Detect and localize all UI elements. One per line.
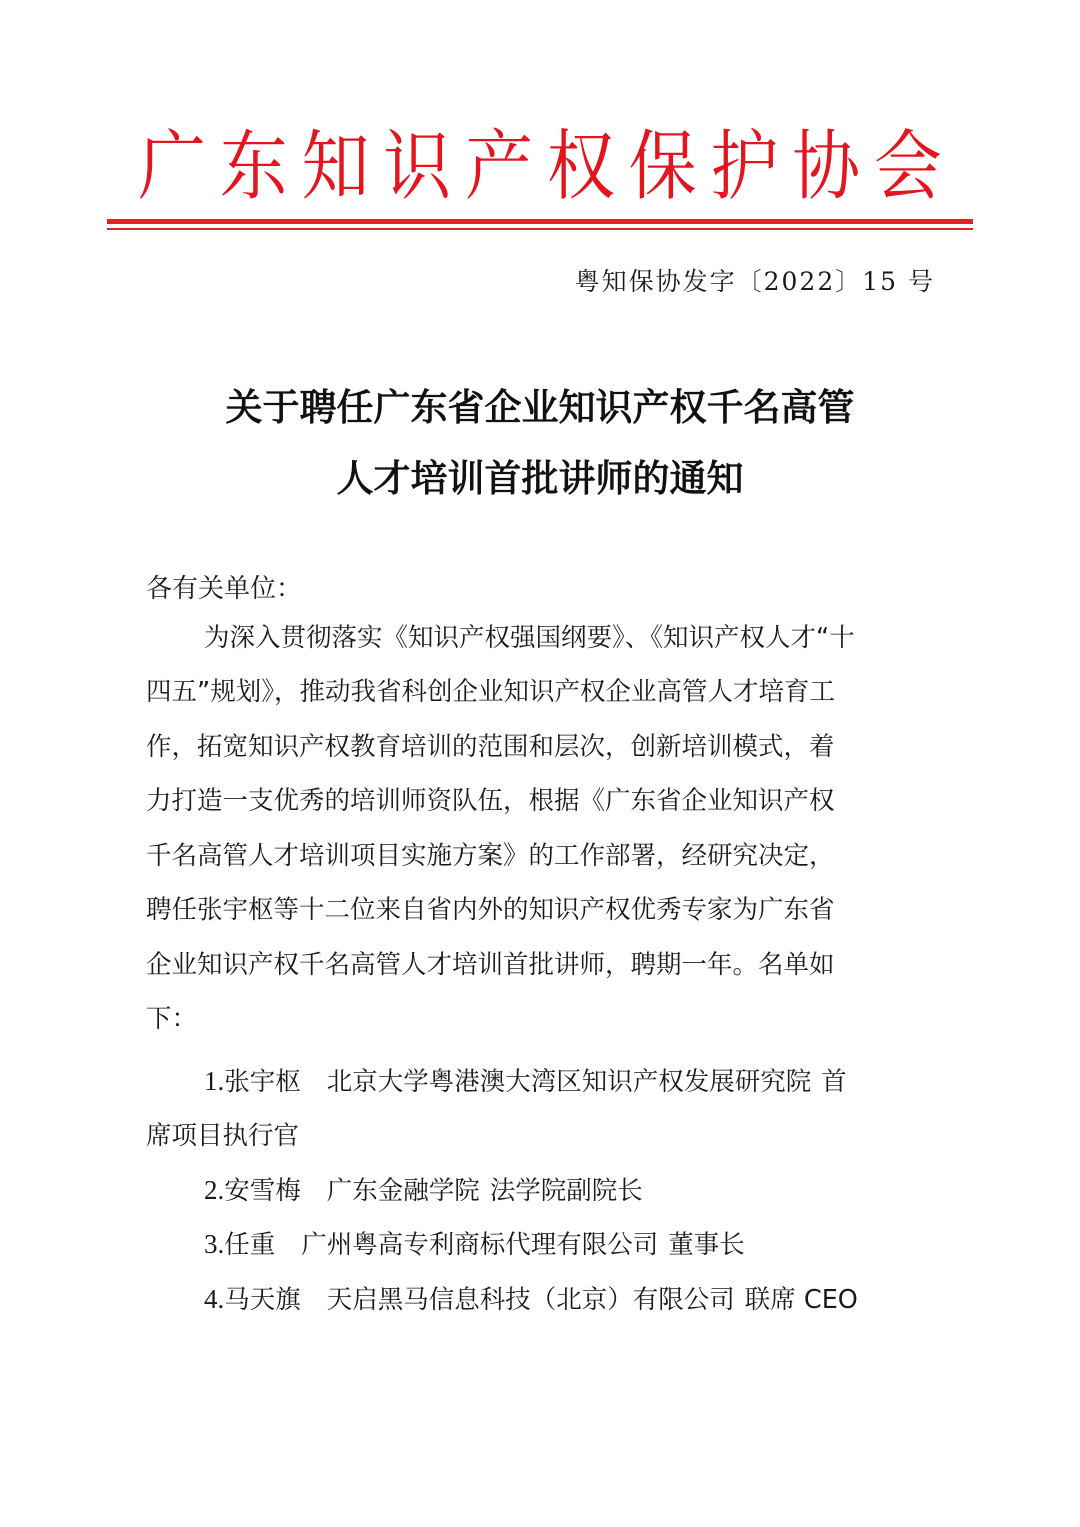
letterhead-divider-thin: [107, 228, 973, 230]
letterhead-char: 会: [874, 130, 942, 206]
paragraph-line-text: 千名高管人才培训项目实施方案》的工作部署，经研究决定，: [146, 836, 835, 872]
lecturer-item-1-continued: 席项目执行官: [146, 1116, 299, 1152]
paragraph-line-text: 下：: [146, 999, 197, 1035]
paragraph-line: 千名高管人才培训项目实施方案》的工作部署，经研究决定，: [146, 836, 936, 872]
paragraph-line-text: 为深入贯彻落实《知识产权强国纲要》、《知识产权人才“十: [204, 618, 855, 654]
letterhead-org-name: 广 东 知 识 产 权 保 护 协 会: [108, 118, 972, 218]
lecturer-number: 4.: [204, 1284, 224, 1314]
lecturer-item-4: 4.马天旗天启黑马信息科技（北京）有限公司联席 CEO: [204, 1280, 858, 1316]
lecturer-name: 安雪梅: [224, 1176, 301, 1206]
lecturer-title: 联席 CEO: [745, 1285, 858, 1315]
lecturer-org: 北京大学粤港澳大湾区知识产权发展研究院: [327, 1067, 812, 1097]
lecturer-number: 2.: [204, 1175, 224, 1205]
letterhead-char: 产: [465, 130, 533, 206]
lecturer-title: 首: [821, 1067, 847, 1097]
lecturer-title: 席项目执行官: [146, 1121, 299, 1151]
lecturer-item-3: 3.任重广州粤高专利商标代理有限公司董事长: [204, 1225, 745, 1261]
paragraph-line-text: 企业知识产权千名高管人才培训首批讲师，聘期一年。名单如: [146, 945, 835, 981]
lecturer-title: 法学院副院长: [490, 1176, 643, 1206]
paragraph-line: 聘任张宇枢等十二位来自省内外的知识产权优秀专家为广东省: [146, 890, 936, 926]
lecturer-title: 董事长: [668, 1230, 745, 1260]
lecturer-org: 广东金融学院: [327, 1176, 480, 1206]
paragraph-line-text: 聘任张宇枢等十二位来自省内外的知识产权优秀专家为广东省: [146, 890, 835, 926]
letterhead-char: 知: [302, 130, 370, 206]
letterhead-char: 东: [220, 130, 288, 206]
document-title-line-2: 人才培训首批讲师的通知: [0, 448, 1080, 502]
letterhead-char: 保: [629, 130, 697, 206]
lecturer-name: 张宇枢: [224, 1067, 301, 1097]
lecturer-item-1: 1.张宇枢北京大学粤港澳大湾区知识产权发展研究院首: [204, 1062, 847, 1098]
paragraph-line: 为深入贯彻落实《知识产权强国纲要》、《知识产权人才“十: [204, 618, 936, 654]
paragraph-line-text: 作，拓宽知识产权教育培训的范围和层次，创新培训模式，着: [146, 727, 835, 763]
document-number: 粤知保协发字〔2022〕15 号: [575, 262, 935, 298]
letterhead-char: 识: [383, 130, 451, 206]
letterhead-char: 护: [710, 130, 778, 206]
lecturer-name: 马天旗: [224, 1285, 301, 1315]
letterhead-char: 广: [138, 130, 206, 206]
paragraph-line-text: 力打造一支优秀的培训师资队伍，根据《广东省企业知识产权: [146, 781, 835, 817]
paragraph-line: 力打造一支优秀的培训师资队伍，根据《广东省企业知识产权: [146, 781, 936, 817]
paragraph-line-text: 四五”规划》，推动我省科创企业知识产权企业高管人才培育工: [146, 672, 835, 708]
paragraph-line: 企业知识产权千名高管人才培训首批讲师，聘期一年。名单如: [146, 945, 936, 981]
salutation: 各有关单位：: [146, 562, 936, 617]
letterhead-char: 协: [792, 130, 860, 206]
document-title-line-1: 关于聘任广东省企业知识产权千名高管: [0, 377, 1080, 431]
lecturer-org: 天启黑马信息科技（北京）有限公司: [327, 1285, 735, 1315]
letterhead-divider-thick: [107, 219, 973, 224]
lecturer-name: 任重: [224, 1230, 275, 1260]
lecturer-number: 3.: [204, 1229, 224, 1259]
lecturer-org: 广州粤高专利商标代理有限公司: [301, 1230, 658, 1260]
paragraph-line: 下：: [146, 999, 936, 1035]
lecturer-number: 1.: [204, 1066, 224, 1096]
paragraph-line: 作，拓宽知识产权教育培训的范围和层次，创新培训模式，着: [146, 727, 936, 763]
letterhead-char: 权: [547, 130, 615, 206]
paragraph-line: 四五”规划》，推动我省科创企业知识产权企业高管人才培育工: [146, 672, 936, 708]
lecturer-item-2: 2.安雪梅广东金融学院法学院副院长: [204, 1171, 643, 1207]
